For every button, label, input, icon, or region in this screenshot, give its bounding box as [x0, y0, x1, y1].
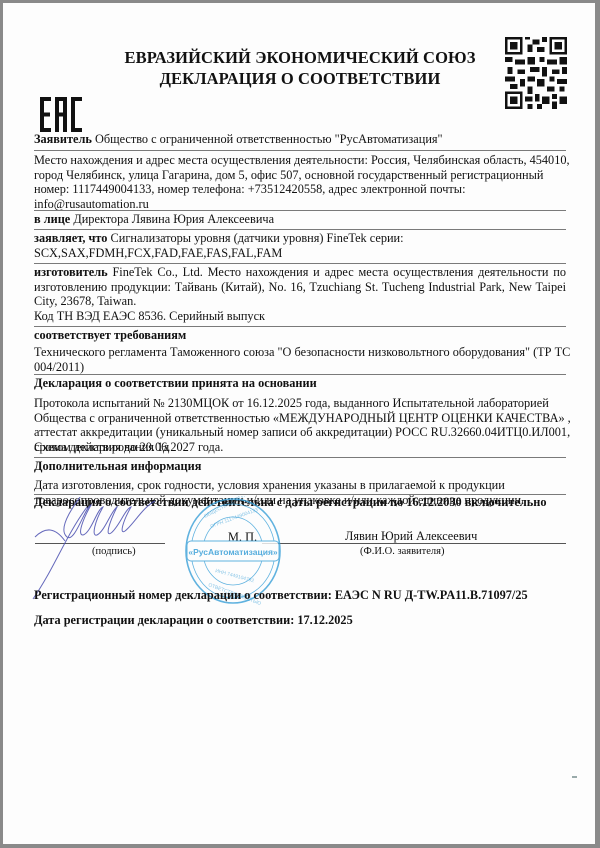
scheme-text: Схема декларирования 1д [34, 440, 169, 454]
eac-mark-icon [40, 97, 82, 132]
registration-number: Регистрационный номер декларации о соотв… [34, 588, 528, 602]
requirements-value: Технического регламента Таможенного союз… [34, 345, 570, 374]
scan-artifact [572, 776, 577, 778]
requirements-label: соответствует требованиям [34, 328, 186, 342]
basis-label: Декларация о соответствии принята на осн… [34, 376, 317, 390]
manufacturer-label: изготовитель [34, 265, 108, 279]
stamp-company-name: «РусАвтоматизация» [188, 547, 278, 557]
manufacturer-section: изготовитель FineTek Co., Ltd. Место нах… [34, 265, 566, 309]
divider [34, 150, 566, 151]
declares-label: заявляет, что [34, 231, 107, 245]
product-series: SCX,SAX,FDMH,FCX,FAD,FAE,FAS,FAL,FAM [34, 246, 282, 260]
applicant-value: Общество с ограниченной ответственностью… [92, 132, 443, 146]
divider [34, 229, 566, 230]
divider [34, 457, 566, 458]
additional-label-section: Дополнительная информация [34, 459, 566, 474]
registration-date: Дата регистрации декларации о соответств… [34, 613, 353, 627]
registration-number-section: Регистрационный номер декларации о соотв… [34, 588, 566, 603]
declares-section: заявляет, что Сигнализаторы уровня (датч… [34, 231, 566, 260]
manufacturer-value: FineTek Co., Ltd. Место нахождения и адр… [34, 265, 566, 308]
applicant-label: Заявитель [34, 132, 92, 146]
scheme-section: Схема декларирования 1д [34, 440, 566, 455]
divider [34, 210, 566, 211]
basis-label-section: Декларация о соответствии принята на осн… [34, 376, 566, 391]
represented-by-label: в лице [34, 212, 70, 226]
title-declaration: ДЕКЛАРАЦИЯ О СООТВЕТСТВИИ [0, 68, 600, 89]
represented-by-section: в лице Директора Лявина Юрия Алексеевича [34, 212, 566, 227]
signer-caption: (Ф.И.О. заявителя) [360, 546, 445, 557]
applicant-section: Заявитель Общество с ограниченной ответс… [34, 132, 566, 147]
hs-code-section: Код ТН ВЭД ЕАЭС 8536. Серийный выпуск [34, 309, 566, 324]
divider [34, 374, 566, 375]
declares-value: Сигнализаторы уровня (датчики уровня) Fi… [107, 231, 403, 245]
divider [34, 263, 566, 264]
divider [34, 326, 566, 327]
additional-label: Дополнительная информация [34, 459, 201, 473]
document-title: ЕВРАЗИЙСКИЙ ЭКОНОМИЧЕСКИЙ СОЮЗ ДЕКЛАРАЦИ… [0, 47, 600, 89]
registration-date-section: Дата регистрации декларации о соответств… [34, 613, 566, 628]
signer-name: Лявин Юрий Алексеевич [345, 529, 545, 544]
address-section: Место нахождения и адрес места осуществл… [34, 153, 574, 211]
represented-by-value: Директора Лявина Юрия Алексеевича [70, 212, 274, 226]
address-text: Место нахождения и адрес места осуществл… [34, 153, 570, 211]
hs-code-text: Код ТН ВЭД ЕАЭС 8536. Серийный выпуск [34, 309, 265, 323]
requirements-section: Технического регламента Таможенного союз… [34, 345, 574, 374]
title-union: ЕВРАЗИЙСКИЙ ЭКОНОМИЧЕСКИЙ СОЮЗ [0, 47, 600, 68]
requirements-label-section: соответствует требованиям [34, 328, 566, 343]
